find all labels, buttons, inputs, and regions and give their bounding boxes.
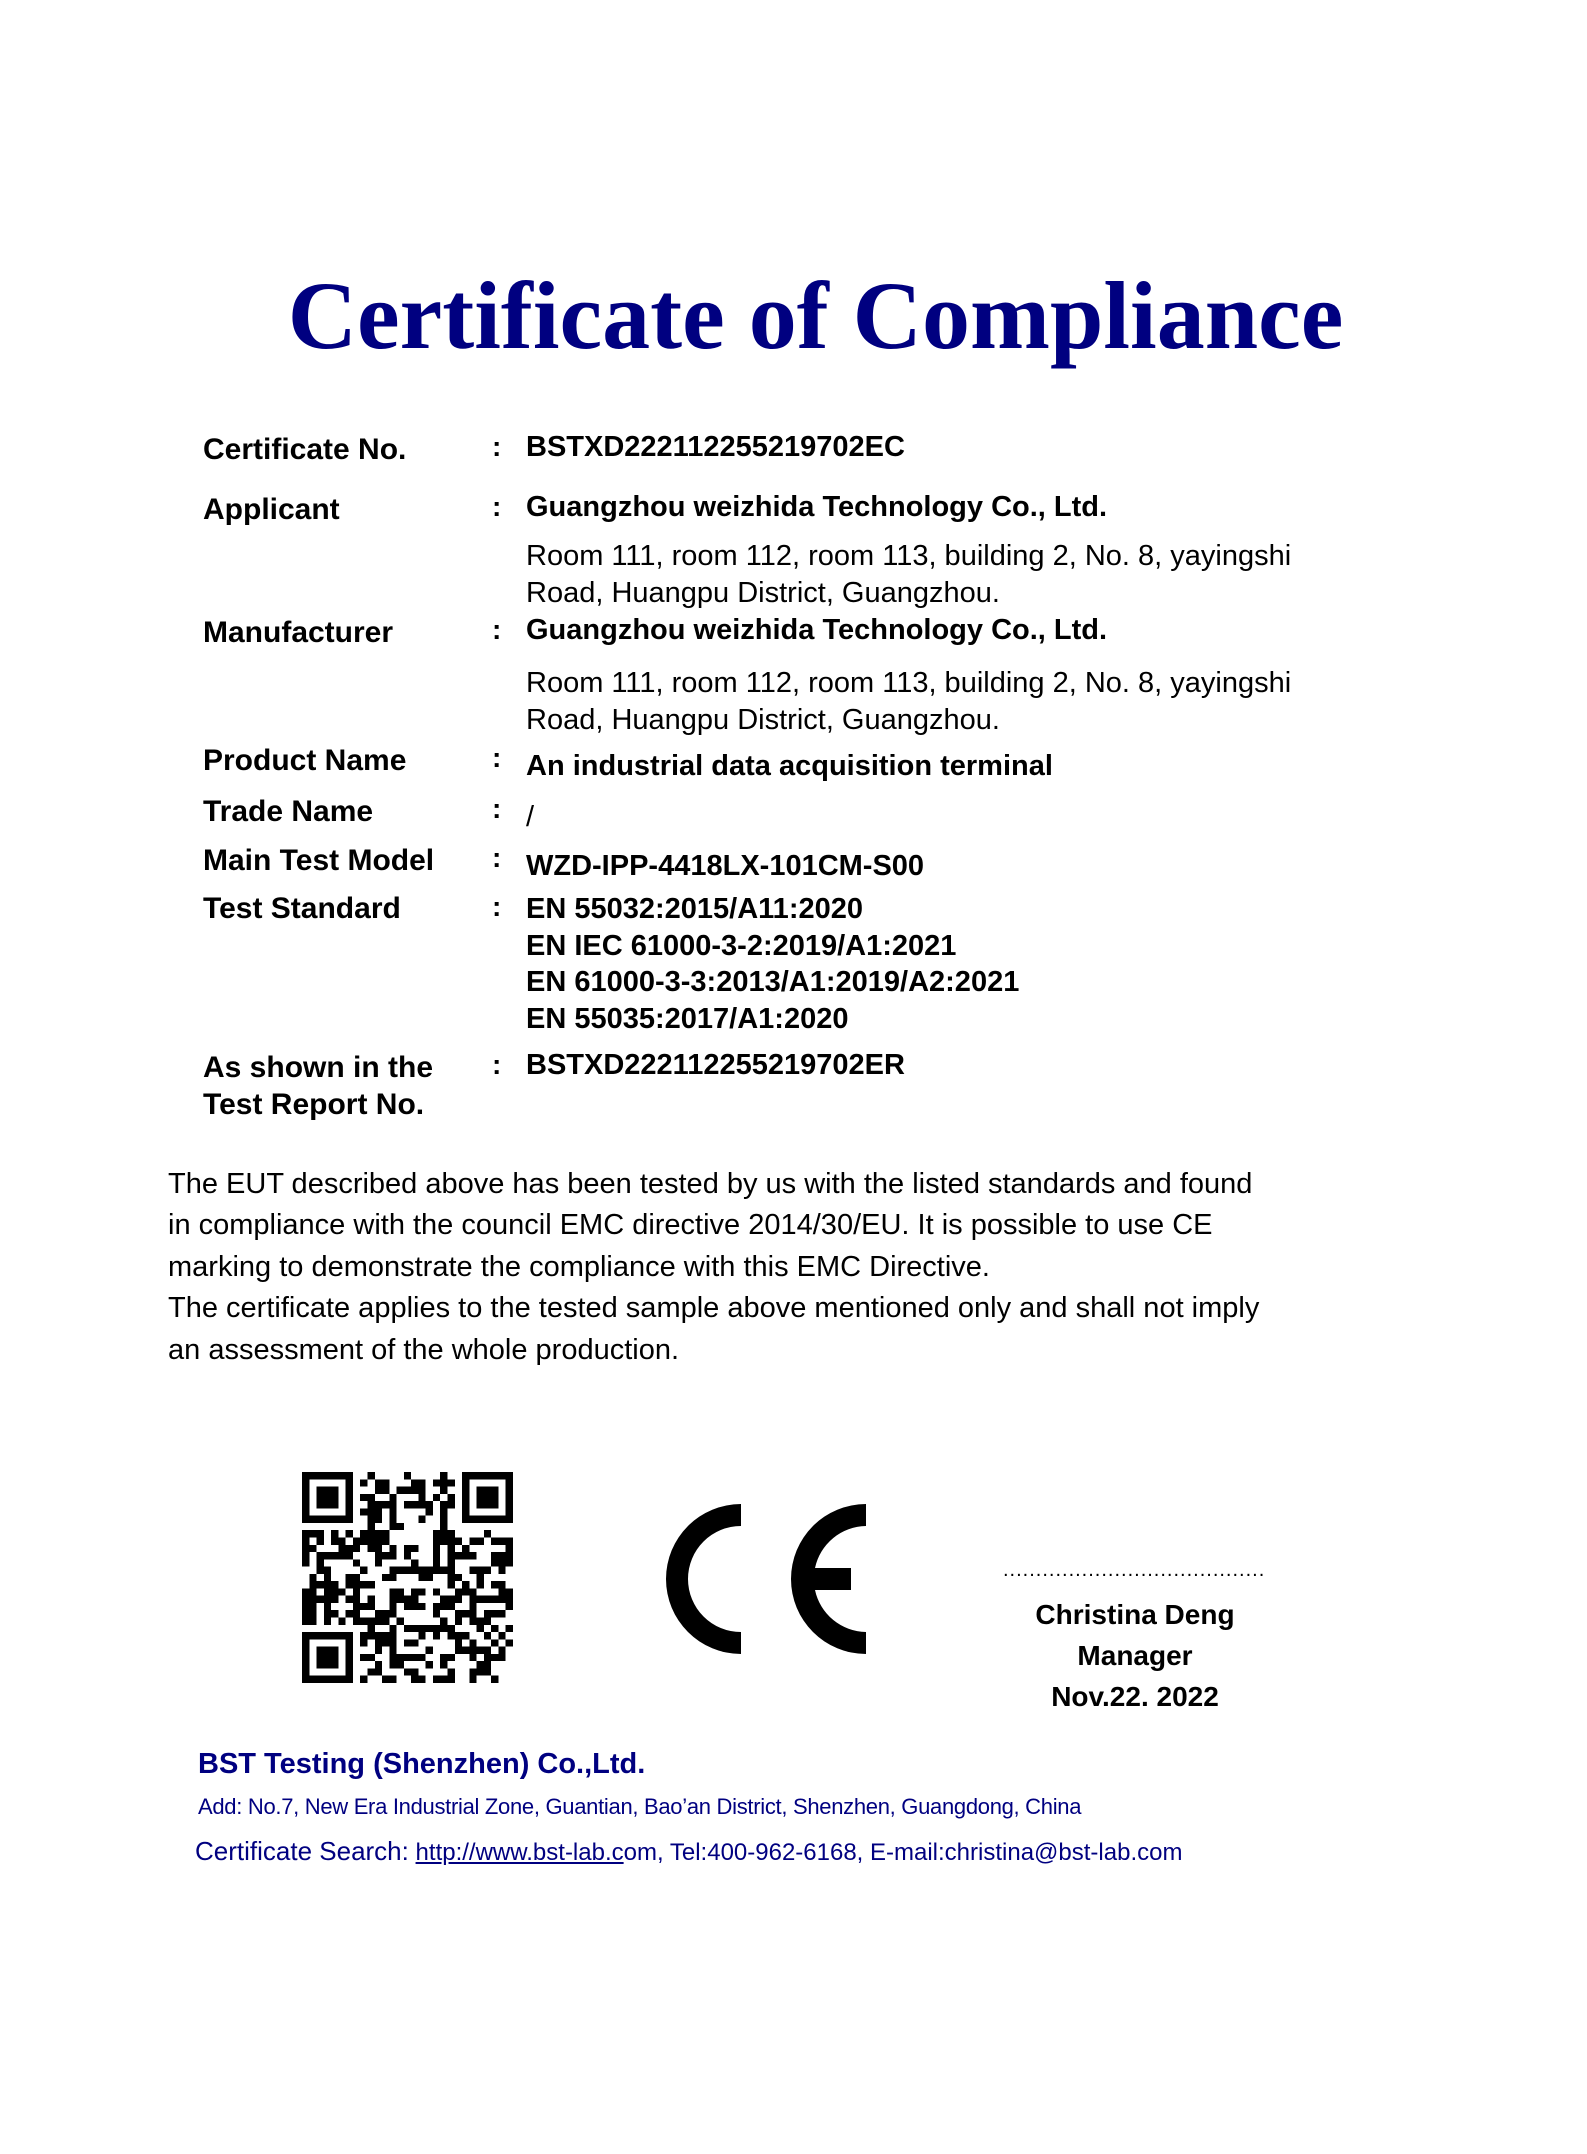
trade-name-label: Trade Name — [203, 794, 373, 830]
test-standard-value: EN IEC 61000-3-2:2019/A1:2021 — [526, 928, 956, 964]
issuer-address: Add: No.7, New Era Industrial Zone, Guan… — [198, 1794, 1081, 1820]
product-name-value: An industrial data acquisition terminal — [526, 748, 1053, 784]
test-report-label: Test Report No. — [203, 1087, 424, 1123]
statement-line: an assessment of the whole production. — [168, 1330, 679, 1372]
separator: : — [492, 840, 501, 876]
signatory-name: Christina Deng — [985, 1598, 1285, 1632]
separator: : — [492, 489, 501, 525]
statement-line: marking to demonstrate the compliance wi… — [168, 1247, 990, 1289]
test-report-label: As shown in the — [203, 1050, 433, 1086]
signatory-role: Manager — [985, 1639, 1285, 1673]
manufacturer-label: Manufacturer — [203, 615, 393, 651]
manufacturer-value: Guangzhou weizhida Technology Co., Ltd. — [526, 612, 1107, 648]
certificate-search-label: Certificate Search: — [195, 1836, 409, 1866]
trade-name-value: / — [526, 799, 534, 835]
certificate-search: Certificate Search: http://www.bst-lab.c… — [195, 1836, 1182, 1867]
separator: : — [492, 612, 501, 648]
separator: : — [492, 1047, 501, 1083]
page-title: Certificate of Compliance — [22, 268, 1587, 364]
statement-line: The EUT described above has been tested … — [168, 1164, 1252, 1206]
main-test-model-label: Main Test Model — [203, 843, 434, 879]
manufacturer-address-line: Road, Huangpu District, Guangzhou. — [526, 702, 1000, 739]
certificate-search-link[interactable]: http://www.bst-lab.c — [416, 1839, 624, 1866]
certificate-no-label: Certificate No. — [203, 432, 406, 468]
test-standard-label: Test Standard — [203, 891, 401, 927]
statement-line: in compliance with the council EMC direc… — [168, 1205, 1213, 1247]
product-name-label: Product Name — [203, 743, 406, 779]
ce-mark-icon — [658, 1504, 866, 1654]
applicant-address-line: Road, Huangpu District, Guangzhou. — [526, 575, 1000, 612]
certificate-no-value: BSTXD222112255219702EC — [526, 429, 905, 465]
statement-line: The certificate applies to the tested sa… — [168, 1288, 1259, 1330]
test-standard-value: EN 61000-3-3:2013/A1:2019/A2:2021 — [526, 964, 1019, 1000]
signature-line: ........................................ — [1003, 1560, 1269, 1580]
signature-date: Nov.22. 2022 — [985, 1680, 1285, 1714]
contact-info: om, Tel:400-962-6168, E-mail:christina@b… — [624, 1839, 1183, 1866]
issuer-company: BST Testing (Shenzhen) Co.,Ltd. — [198, 1748, 645, 1781]
separator: : — [492, 740, 501, 776]
separator: : — [492, 791, 501, 827]
qr-code-icon — [302, 1472, 513, 1683]
applicant-label: Applicant — [203, 492, 340, 528]
applicant-address-line: Room 111, room 112, room 113, building 2… — [526, 538, 1291, 575]
main-test-model-value: WZD-IPP-4418LX-101CM-S00 — [526, 848, 924, 884]
manufacturer-address-line: Room 111, room 112, room 113, building 2… — [526, 665, 1291, 702]
test-standard-value: EN 55035:2017/A1:2020 — [526, 1001, 848, 1037]
separator: : — [492, 429, 501, 465]
test-standard-value: EN 55032:2015/A11:2020 — [526, 891, 863, 927]
test-report-value: BSTXD222112255219702ER — [526, 1047, 905, 1083]
applicant-value: Guangzhou weizhida Technology Co., Ltd. — [526, 489, 1107, 525]
separator: : — [492, 889, 501, 925]
